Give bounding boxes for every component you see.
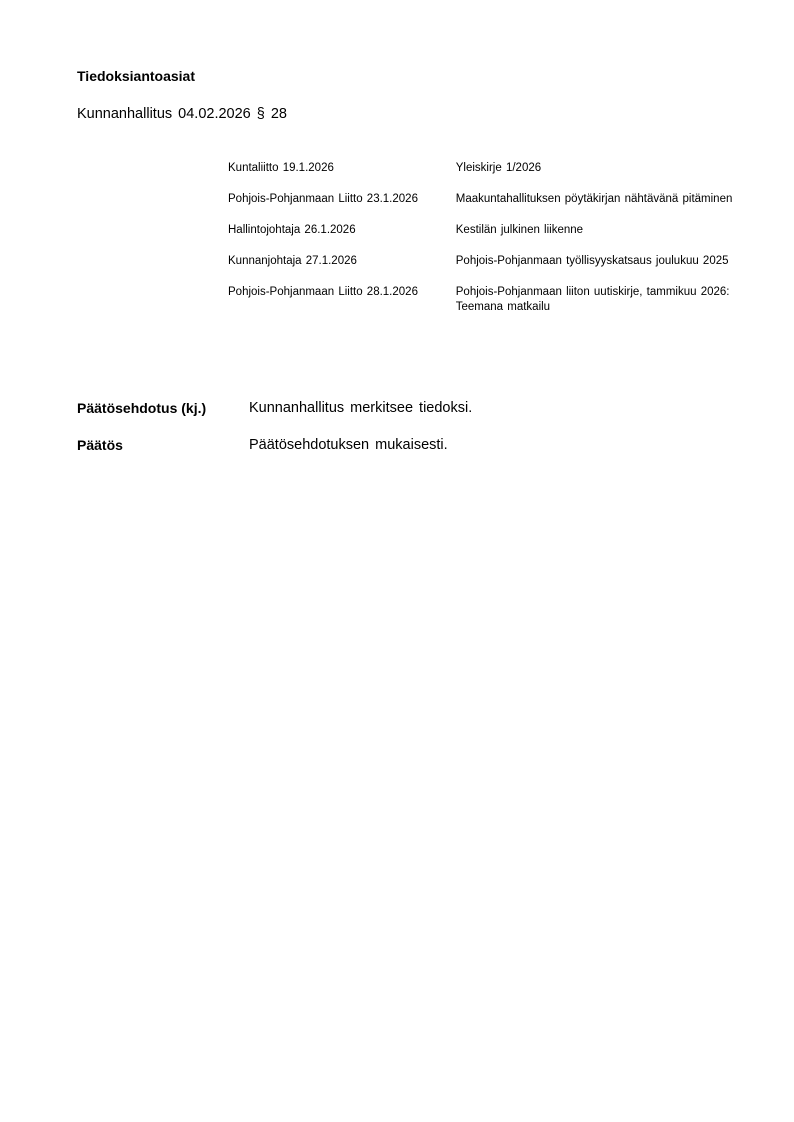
proposal-row: Päätösehdotus (kj.) Kunnanhallitus merki… (77, 400, 472, 416)
item-subject: Yleiskirje 1/2026 (456, 161, 748, 192)
item-sender: Kunnanjohtaja 27.1.2026 (228, 254, 456, 285)
item-sender: Pohjois-Pohjanmaan Liitto 23.1.2026 (228, 192, 456, 223)
proposal-label: Päätösehdotus (kj.) (77, 400, 249, 416)
item-subject: Maakuntahallituksen pöytäkirjan nähtävän… (456, 192, 748, 223)
table-row: Pohjois-Pohjanmaan Liitto 23.1.2026 Maak… (228, 192, 748, 223)
item-sender: Hallintojohtaja 26.1.2026 (228, 223, 456, 254)
table-row: Kuntaliitto 19.1.2026 Yleiskirje 1/2026 (228, 161, 748, 192)
item-subject: Pohjois-Pohjanmaan työllisyyskatsaus jou… (456, 254, 748, 285)
document-heading: Tiedoksiantoasiat (77, 68, 195, 84)
decision-text: Päätösehdotuksen mukaisesti. (249, 437, 448, 453)
table-row: Hallintojohtaja 26.1.2026 Kestilän julki… (228, 223, 748, 254)
item-sender: Kuntaliitto 19.1.2026 (228, 161, 456, 192)
item-subject: Kestilän julkinen liikenne (456, 223, 748, 254)
decision-label: Päätös (77, 437, 249, 453)
table-row: Pohjois-Pohjanmaan Liitto 28.1.2026 Pohj… (228, 285, 748, 331)
table-row: Kunnanjohtaja 27.1.2026 Pohjois-Pohjanma… (228, 254, 748, 285)
item-sender: Pohjois-Pohjanmaan Liitto 28.1.2026 (228, 285, 456, 331)
notification-items-table: Kuntaliitto 19.1.2026 Yleiskirje 1/2026 … (228, 161, 748, 331)
item-subject: Pohjois-Pohjanmaan liiton uutiskirje, ta… (456, 285, 748, 331)
proposal-text: Kunnanhallitus merkitsee tiedoksi. (249, 400, 472, 416)
decision-row: Päätös Päätösehdotuksen mukaisesti. (77, 437, 448, 453)
meeting-reference: Kunnanhallitus 04.02.2026 § 28 (77, 106, 287, 122)
